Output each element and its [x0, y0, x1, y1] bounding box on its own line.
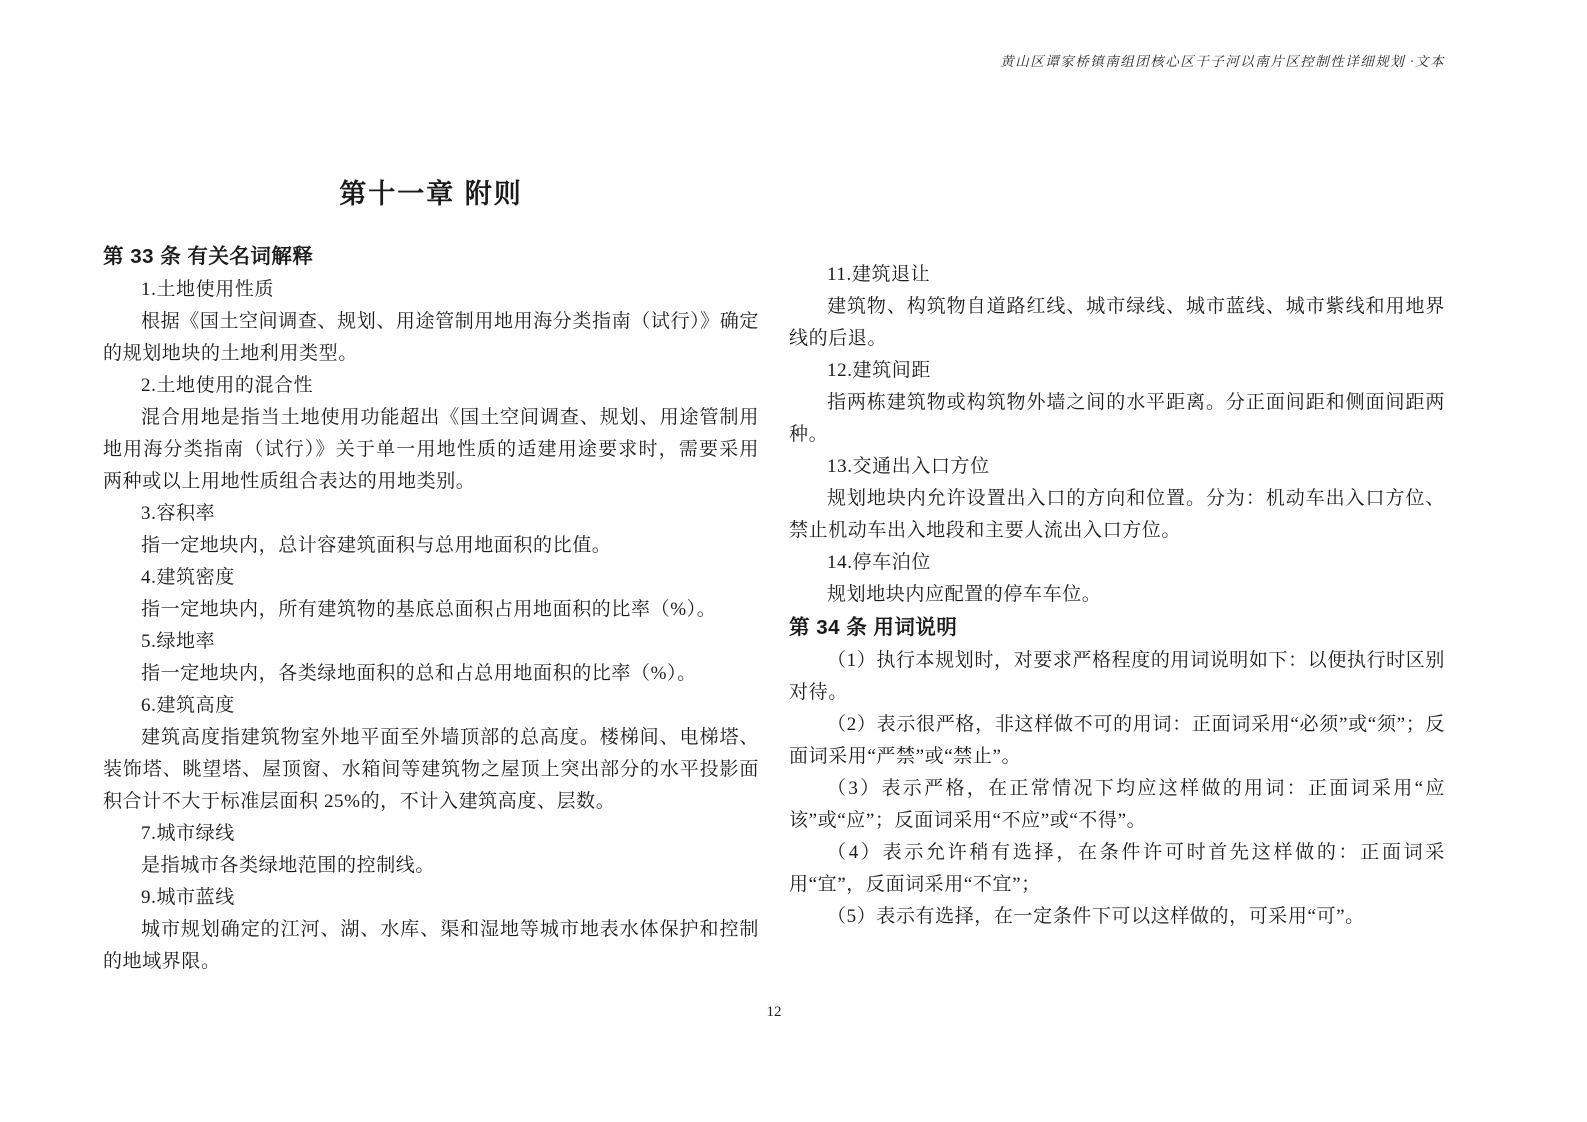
article-34-heading: 第 34 条 用词说明: [789, 611, 1445, 645]
definition-term: 7.城市绿线: [103, 818, 759, 850]
definition-text: 指两栋建筑物或构筑物外墙之间的水平距离。分正面间距和侧面间距两种。: [789, 387, 1445, 451]
document-page: { "page": { "header": "黄山区谭家桥镇南组团核心区干子河以…: [0, 0, 1587, 1122]
definition-text: 城市规划确定的江河、湖、水库、渠和湿地等城市地表水体保护和控制的地域界限。: [103, 914, 759, 978]
definition-text: 指一定地块内，各类绿地面积的总和占总用地面积的比率（%）。: [103, 658, 759, 690]
definition-term: 11.建筑退让: [789, 259, 1445, 291]
definition-term: 5.绿地率: [103, 626, 759, 658]
definition-text: 建筑物、构筑物自道路红线、城市绿线、城市蓝线、城市紫线和用地界线的后退。: [789, 291, 1445, 355]
definition-term: 6.建筑高度: [103, 690, 759, 722]
definition-text: 规划地块内应配置的停车车位。: [789, 579, 1445, 611]
definition-text: 根据《国土空间调查、规划、用途管制用地用海分类指南（试行）》确定的规划地块的土地…: [103, 306, 759, 370]
definition-term: 9.城市蓝线: [103, 882, 759, 914]
definition-term: 1.土地使用性质: [103, 274, 759, 306]
usage-clause: （3）表示严格，在正常情况下均应这样做的用词：正面词采用“应该”或“应”；反面词…: [789, 773, 1445, 837]
chapter-title: 第十一章 附则: [103, 176, 759, 212]
running-header: 黄山区谭家桥镇南组团核心区干子河以南片区控制性详细规划 ·文本: [103, 50, 1445, 70]
definition-text: 是指城市各类绿地范围的控制线。: [103, 850, 759, 882]
right-column: 11.建筑退让 建筑物、构筑物自道路红线、城市绿线、城市蓝线、城市紫线和用地界线…: [789, 259, 1445, 933]
usage-clause: （1）执行本规划时，对要求严格程度的用词说明如下：以便执行时区别对待。: [789, 645, 1445, 709]
definition-term: 14.停车泊位: [789, 547, 1445, 579]
definition-text: 指一定地块内，总计容建筑面积与总用地面积的比值。: [103, 530, 759, 562]
left-column: 第十一章 附则 第 33 条 有关名词解释 1.土地使用性质 根据《国土空间调查…: [103, 176, 759, 978]
page-number: 12: [103, 1004, 1445, 1021]
usage-clause: （2）表示很严格，非这样做不可的用词：正面词采用“必须”或“须”；反面词采用“严…: [789, 709, 1445, 773]
definition-text: 规划地块内允许设置出入口的方向和位置。分为：机动车出入口方位、禁止机动车出入地段…: [789, 483, 1445, 547]
definition-term: 3.容积率: [103, 498, 759, 530]
definition-term: 4.建筑密度: [103, 562, 759, 594]
definition-term: 12.建筑间距: [789, 355, 1445, 387]
usage-clause: （5）表示有选择，在一定条件下可以这样做的，可采用“可”。: [789, 901, 1445, 933]
definition-term: 2.土地使用的混合性: [103, 370, 759, 402]
definition-term: 13.交通出入口方位: [789, 451, 1445, 483]
definition-text: 混合用地是指当土地使用功能超出《国土空间调查、规划、用途管制用地用海分类指南（试…: [103, 402, 759, 498]
definition-text: 建筑高度指建筑物室外地平面至外墙顶部的总高度。楼梯间、电梯塔、装饰塔、眺望塔、屋…: [103, 722, 759, 818]
definition-text: 指一定地块内，所有建筑物的基底总面积占用地面积的比率（%）。: [103, 594, 759, 626]
article-33-heading: 第 33 条 有关名词解释: [103, 240, 759, 274]
usage-clause: （4）表示允许稍有选择，在条件许可时首先这样做的：正面词采用“宜”，反面词采用“…: [789, 837, 1445, 901]
